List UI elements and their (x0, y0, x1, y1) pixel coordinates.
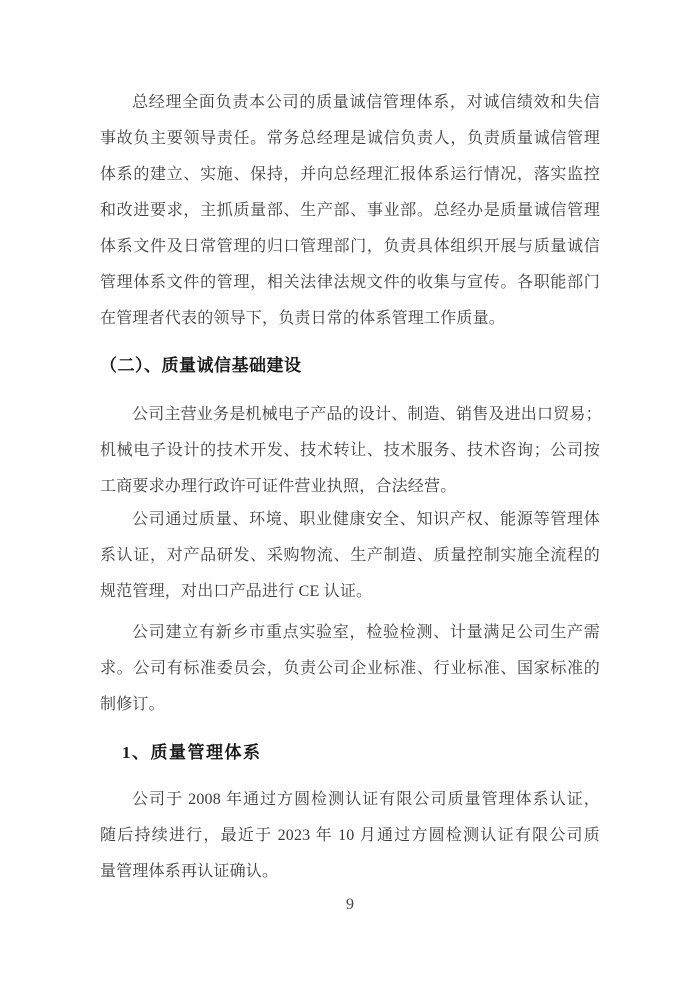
paragraph: 公司主营业务是机械电子产品的设计、制造、销售及进出口贸易；机械电子设计的技术开发… (100, 397, 600, 505)
text-line: 求。公司有标准委员会，负责公司企业标准、行业标准、国家标准的 (100, 651, 600, 687)
text-line: 量管理体系再认证确认。 (100, 854, 600, 890)
paragraph: 公司建立有新乡市重点实验室，检验检测、计量满足公司生产需求。公司有标准委员会，负… (100, 615, 600, 723)
text-line: 随后持续进行，最近于 2023 年 10 月通过方圆检测认证有限公司质 (100, 818, 600, 854)
text-line: 总经理全面负责本公司的质量诚信管理体系，对诚信绩效和失信 (100, 85, 600, 121)
subsection-heading: 1、质量管理体系 (100, 735, 600, 771)
text-line: 系认证，对产品研发、采购物流、生产制造、质量控制实施全流程的 (100, 538, 600, 574)
text-line: 事故负主要领导责任。常务总经理是诚信负责人，负责质量诚信管理 (100, 121, 600, 157)
text-line: 体系的建立、实施、保持，并向总经理汇报体系运行情况，落实监控 (100, 157, 600, 193)
text-line: 公司通过质量、环境、职业健康安全、知识产权、能源等管理体 (100, 502, 600, 538)
page-number: 9 (0, 893, 700, 917)
text-line: 在管理者代表的领导下，负责日常的体系管理工作质量。 (100, 301, 600, 337)
text-line: 工商要求办理行政许可证件营业执照，合法经营。 (100, 469, 600, 505)
text-line: 管理体系文件的管理，相关法律法规文件的收集与宣传。各职能部门 (100, 265, 600, 301)
document-page: 总经理全面负责本公司的质量诚信管理体系，对诚信绩效和失信事故负主要领导责任。常务… (0, 0, 700, 990)
text-line: 公司建立有新乡市重点实验室，检验检测、计量满足公司生产需 (100, 615, 600, 651)
text-line: 机械电子设计的技术开发、技术转让、技术服务、技术咨询；公司按 (100, 433, 600, 469)
paragraph: 总经理全面负责本公司的质量诚信管理体系，对诚信绩效和失信事故负主要领导责任。常务… (100, 85, 600, 337)
text-line: 制修订。 (100, 687, 600, 723)
paragraph: 公司于 2008 年通过方圆检测认证有限公司质量管理体系认证，随后持续进行，最近… (100, 782, 600, 890)
section-heading: （二）、质量诚信基础建设 (100, 348, 600, 384)
text-line: 和改进要求，主抓质量部、生产部、事业部。总经办是质量诚信管理 (100, 193, 600, 229)
paragraph: 公司通过质量、环境、职业健康安全、知识产权、能源等管理体系认证，对产品研发、采购… (100, 502, 600, 610)
text-line: 公司主营业务是机械电子产品的设计、制造、销售及进出口贸易； (100, 397, 600, 433)
text-line: 公司于 2008 年通过方圆检测认证有限公司质量管理体系认证， (100, 782, 600, 818)
text-line: 体系文件及日常管理的归口管理部门，负责具体组织开展与质量诚信 (100, 229, 600, 265)
text-line: 规范管理，对出口产品进行 CE 认证。 (100, 574, 600, 610)
